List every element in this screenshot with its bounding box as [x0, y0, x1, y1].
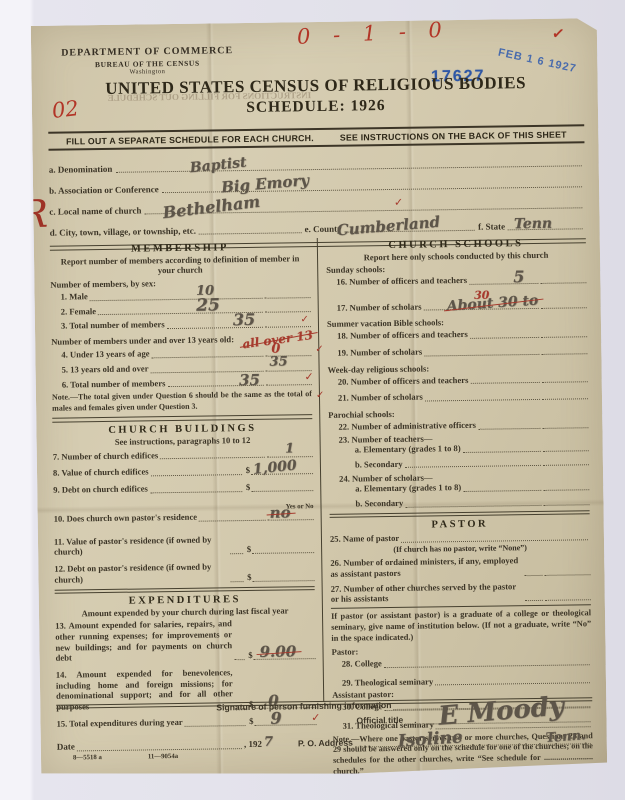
dotted-leader — [152, 356, 264, 359]
answer-blank: ✓ — [265, 326, 311, 328]
answer-line: Cumberland — [345, 230, 476, 233]
answer-blank: 9.00 — [253, 639, 315, 660]
answer-blank: 1,000 — [251, 473, 313, 475]
bureau-city: Washington — [61, 67, 233, 78]
question-row-17: 17. Number of scholars About 30 to 30 — [327, 290, 587, 313]
handwritten-church-name: Bethelham — [161, 192, 260, 222]
question-row-29: 29. Theological seminary — [332, 674, 592, 688]
question-label: 6. Total number of members — [62, 378, 166, 390]
answer-blank — [543, 465, 589, 467]
dotted-leader: About 30 to 30 — [423, 291, 538, 311]
answer-blank: no Yes or No — [267, 500, 313, 520]
dotted-leader: 35 — [168, 385, 264, 387]
answer-blank — [541, 307, 587, 309]
question-row-28: 28. College — [332, 655, 592, 669]
question-row-13: 13. Amount expended for salaries, repair… — [55, 617, 316, 664]
red-check-mark: ✓ — [315, 344, 324, 357]
section-divider — [330, 510, 590, 518]
official-title-row: Official title E Moody — [56, 712, 592, 730]
currency-symbol: $ — [247, 544, 251, 555]
agency-block: DEPARTMENT OF COMMERCE BUREAU OF THE CEN… — [61, 45, 233, 77]
question-label: 17. Number of scholars — [337, 301, 422, 313]
question-row-6: 6. Total number of members 35 ✓ — [52, 376, 312, 390]
question-label: 19. Number of scholars — [337, 347, 422, 359]
handwritten-association: Big Emory — [220, 171, 309, 196]
question-row-11: 11. Value of pastor's residence (if owne… — [54, 533, 314, 558]
question-label: 11. Value of pastor's residence (if owne… — [54, 534, 228, 558]
question-label: 21. Number of scholars — [338, 392, 423, 404]
field-label: d. City, town, village, or township, etc… — [50, 226, 196, 238]
question-label: b. Secondary — [355, 498, 403, 509]
question-row-3: 3. Total number of members 35 ✓ — [51, 318, 311, 332]
question-label: 13. Amount expended for salaries, repair… — [55, 618, 232, 663]
question-label: 26. Number of ordained ministers, if any… — [330, 555, 523, 579]
question-label: 25. Name of pastor — [330, 533, 399, 545]
question-label: 18. Number of officers and teachers — [337, 329, 468, 342]
question-label: a. Elementary (grades 1 to 8) — [355, 443, 461, 455]
question-row-21: ✓ 21. Number of scholars — [328, 390, 588, 404]
red-check-mark: ✓ — [316, 390, 325, 403]
question-label: b. Secondary — [355, 458, 403, 469]
answer-line: Big Emory — [162, 186, 582, 193]
dotted-leader: 35 — [167, 327, 263, 329]
question-row-5: 5. 13 years old and over 35 — [52, 361, 312, 375]
question-label: 3. Total number of members — [61, 320, 165, 332]
date-received-stamp: FEB 1 6 1927 — [497, 47, 578, 76]
answer-blank — [265, 297, 311, 299]
form-code: 11—9054a — [148, 753, 178, 760]
handwritten-po-state: Tenn. — [546, 728, 587, 747]
dotted-leader: 5 — [469, 283, 538, 285]
banner-text-2: SEE INSTRUCTIONS ON THE BACK OF THIS SHE… — [340, 130, 567, 143]
field-label: a. Denomination — [49, 164, 113, 175]
answer-blank — [543, 489, 589, 491]
question-row-24a: a. Elementary (grades 1 to 8) — [329, 481, 589, 495]
question-label: 29. Theological seminary — [342, 676, 433, 688]
dotted-leader — [525, 600, 543, 601]
question-label: 2. Female — [61, 306, 96, 317]
question-label: 22. Number of administrative officers — [338, 420, 476, 433]
currency-symbol: $ — [247, 572, 251, 583]
official-title-label: Official title — [356, 715, 403, 726]
question-label: a. Elementary (grades 1 to 8) — [355, 482, 461, 494]
question-row-26: 26. Number of ordained ministers, if any… — [330, 554, 590, 579]
left-column: MEMBERSHIP Report number of members acco… — [50, 238, 324, 706]
dotted-leader — [384, 664, 590, 668]
question-label: 27. Number of other churches served by t… — [331, 581, 524, 605]
question-row-12: 12. Debt on pastor's residence (if owned… — [54, 560, 314, 585]
dotted-leader — [463, 451, 541, 453]
field-label: b. Association or Conference — [49, 184, 159, 196]
date-line — [77, 748, 242, 751]
handwritten-answer: 9.00 — [259, 643, 296, 662]
handwritten-po-address: Isoline — [397, 727, 463, 753]
pastor-heading: PASTOR — [330, 518, 590, 533]
section-divider — [52, 414, 312, 422]
form-code: 8—5518 a — [73, 754, 102, 761]
dotted-leader — [151, 474, 242, 476]
handwritten-answer: 5 — [513, 267, 524, 287]
question-row-27: 27. Number of other churches served by t… — [331, 580, 591, 605]
question-label: 12. Debt on pastor's residence (if owned… — [54, 561, 228, 585]
red-check-mark: ✓ — [300, 314, 309, 327]
section-divider — [55, 586, 315, 594]
currency-symbol: $ — [246, 465, 250, 476]
question-row-19: ✓ 19. Number of scholars — [327, 344, 587, 358]
handwritten-county: Cumberland — [336, 213, 441, 240]
answer-line: Bethelham ✓ — [144, 207, 582, 214]
dotted-leader — [160, 457, 265, 459]
answer-blank — [253, 580, 315, 582]
dotted-leader — [230, 581, 243, 582]
question-label: 10. Does church own pastor's residence — [54, 512, 198, 525]
official-title-line: E Moody — [405, 721, 590, 725]
membership-subtitle: Report number of members according to de… — [57, 253, 304, 276]
dotted-leader — [405, 465, 541, 468]
answer-blank — [543, 450, 589, 452]
field-denomination: a. Denomination Baptist — [49, 157, 585, 174]
question-label: 8. Value of church edifices — [53, 467, 149, 479]
handwritten-answer: 25 — [196, 296, 220, 318]
question-row-23a: a. Elementary (grades 1 to 8) — [329, 441, 589, 455]
dotted-leader — [425, 399, 540, 402]
question-label: 20. Number of officers and teachers — [338, 375, 469, 388]
scanned-census-form: 0 - 1 - 0 17627 FEB 1 6 1927 ✓ 02 R INST… — [31, 18, 607, 778]
red-margin-letter: R — [19, 192, 48, 236]
handwritten-date: 7 — [264, 734, 274, 750]
dotted-leader — [463, 490, 541, 492]
answer-line: Tenn — [508, 228, 583, 230]
handwritten-answer: 35 — [239, 370, 260, 389]
dotted-leader — [405, 505, 541, 508]
dotted-leader — [470, 337, 539, 339]
date-year: , 192 — [244, 739, 262, 751]
red-corrected-value: 30 — [474, 289, 490, 303]
answer-blank: ✓ — [266, 385, 312, 387]
answer-blank — [541, 336, 587, 338]
question-row-8: 8. Value of church edifices $ 1,000 — [53, 465, 313, 479]
answer-blank — [251, 490, 313, 492]
handwritten-denomination: Baptist — [189, 155, 247, 177]
answer-blank — [544, 574, 590, 576]
answer-blank — [542, 427, 588, 429]
banner-text-1: FILL OUT A SEPARATE SCHEDULE FOR EACH CH… — [66, 133, 314, 146]
answer-line: Baptist — [115, 165, 581, 173]
question-label: 16. Number of officers and teachers — [336, 275, 467, 288]
currency-symbol: $ — [248, 650, 252, 661]
dotted-leader — [478, 428, 540, 430]
question-row-24b: b. Secondary — [329, 495, 589, 509]
red-handwritten-code: 0 - 1 - 0 — [296, 17, 450, 48]
question-row-20: 20. Number of officers and teachers — [328, 373, 588, 387]
red-check-mark: ✓ — [304, 370, 313, 384]
red-check-mark: ✓ — [551, 24, 566, 44]
answer-blank — [544, 504, 590, 506]
answer-blank — [252, 552, 314, 554]
dotted-leader — [470, 382, 539, 384]
signature-label: Signature of person furnishing informati… — [216, 700, 391, 713]
answer-blank — [545, 599, 591, 601]
right-column: CHURCH SCHOOLS Report here only schools … — [318, 234, 592, 702]
question-label: 4. Under 13 years of age — [61, 349, 149, 361]
handwritten-answer: 1,000 — [252, 457, 297, 479]
currency-symbol: $ — [246, 482, 250, 493]
question-row-2: 2. Female 25 — [51, 303, 311, 317]
question-label: 5. 13 years old and over — [62, 363, 149, 375]
question-row-16: 16. Number of officers and teachers 5 — [326, 273, 586, 287]
dotted-leader — [525, 574, 543, 575]
question-row-9: 9. Debt on church edifices $ — [53, 481, 313, 495]
red-check-mark: ✓ — [394, 196, 403, 209]
yes-or-no-hint: Yes or No — [286, 503, 314, 512]
dotted-leader — [230, 553, 243, 554]
question-row-23b: b. Secondary — [329, 456, 589, 470]
question-row-1: 1. Male 10 — [50, 288, 310, 302]
handwritten-state: Tenn — [514, 216, 552, 233]
handwritten-answer: 35 — [233, 310, 256, 330]
dotted-leader — [199, 519, 266, 521]
field-church-name: c. Local name of church Bethelham ✓ — [49, 199, 585, 216]
field-label: f. State — [478, 221, 505, 231]
handwritten-answer: 35 — [269, 355, 287, 372]
question-label: 28. College — [342, 658, 382, 669]
question-label: 7. Number of church edifices — [53, 450, 159, 462]
department-name: DEPARTMENT OF COMMERCE — [61, 45, 233, 60]
date-label: Date — [57, 741, 75, 753]
field-association: b. Association or Conference Big Emory — [49, 178, 585, 195]
dotted-leader — [150, 491, 242, 493]
question-label: 1. Male — [60, 291, 87, 302]
answer-blank — [542, 398, 588, 400]
answer-blank — [542, 382, 588, 384]
handwritten-answer: About 30 to — [446, 292, 539, 316]
group-text: Number of members under and over 13 year… — [51, 334, 234, 347]
dotted-leader: 10 — [90, 298, 263, 301]
signature-block: Signature of person furnishing informati… — [56, 697, 593, 761]
answer-blank — [541, 353, 587, 355]
graduate-note: If pastor (or assistant pastor) is a gra… — [331, 608, 591, 644]
dotted-leader — [424, 354, 539, 357]
dotted-leader — [234, 659, 244, 660]
membership-note: Note.—The total given under Question 6 s… — [52, 390, 312, 414]
dotted-leader — [435, 682, 590, 685]
po-address-label: P. O. Address — [298, 738, 353, 750]
answer-line — [199, 232, 302, 234]
question-row-22: 22. Number of administrative officers — [328, 418, 588, 432]
question-label: 9. Debt on church edifices — [53, 484, 148, 496]
question-row-10: 10. Does church own pastor's residence n… — [53, 500, 313, 524]
question-row-18: 18. Number of officers and teachers — [327, 327, 587, 341]
field-label: c. Local name of church — [49, 205, 141, 216]
answer-blank — [540, 282, 586, 284]
handwritten-answer: 1 — [285, 442, 294, 458]
